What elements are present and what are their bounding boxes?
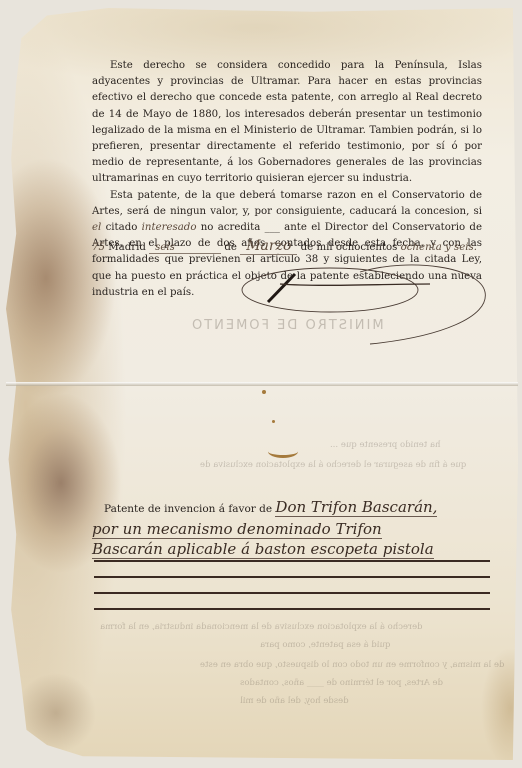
pencil-mark: 75 (92, 242, 105, 253)
bleed-through-text: de Artes, por el término de ____ años, c… (240, 678, 443, 688)
ruled-line (94, 592, 490, 594)
bleed-through-text: ha tenido presente que ... (330, 440, 440, 450)
paper-fold (6, 382, 518, 386)
handwritten-interesado: interesado (142, 222, 197, 233)
patent-label: Patente de invencion á favor de (104, 503, 272, 515)
patent-holder-name: Don Trifon Bascarán, (275, 498, 437, 517)
invention-description-line-2: Bascarán aplicable á baston escopeta pis… (92, 540, 434, 559)
paragraph-rights-ultramar: Este derecho se considera concedido para… (92, 58, 482, 188)
ink-spot (262, 390, 266, 394)
city: Madrid (108, 242, 146, 253)
handwritten-el: el (92, 222, 101, 233)
year-handwritten: ochenta y seis. (401, 242, 477, 253)
bleed-through-text: que á fin de asegurar el derecho á la ex… (200, 460, 466, 470)
ink-spot (272, 420, 275, 423)
bleed-through-text: desde hoy, del año de mil (240, 696, 349, 706)
bleed-through-text: de la misma, y conforme en un todo con l… (200, 660, 504, 670)
date-line: 75 Madrid seis de Marzo de mil ochocient… (92, 238, 477, 255)
rust-mark (268, 445, 298, 458)
invention-description-line-1: por un mecanismo denominado Trifon (92, 520, 382, 539)
ministry-stamp-mirrored: MINISTRO DE FOMENTO (190, 318, 384, 333)
ruled-line (94, 576, 490, 578)
bleed-through-text: derecho á la explotacion exclusiva de la… (100, 622, 423, 632)
bleed-through-text: quid á esa patente, como para (260, 640, 390, 650)
ruled-line (94, 608, 490, 610)
month-handwritten: Marzo (240, 238, 297, 255)
signature (240, 262, 490, 352)
ruled-line (94, 560, 490, 562)
day-handwritten: seis (149, 242, 221, 254)
